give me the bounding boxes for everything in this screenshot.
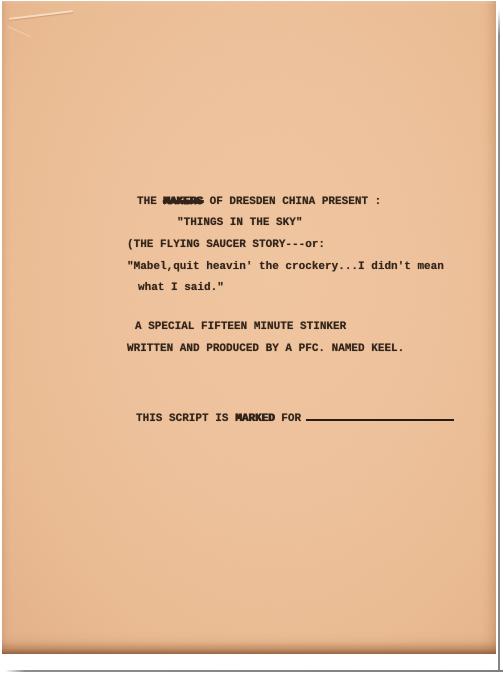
paper-crease [9, 10, 73, 20]
presenter-line-prefix: THE [137, 196, 163, 208]
recipient-blank-line [306, 407, 454, 421]
marked-for-prefix: THIS SCRIPT IS [136, 413, 235, 425]
joke-line-2: what I said." [138, 282, 224, 294]
presenter-line-suffix: OF DRESDEN CHINA PRESENT : [203, 196, 381, 208]
paper-crease-small [7, 26, 31, 37]
scanned-page-frame: THE MAKERS OF DRESDEN CHINA PRESENT : "T… [0, 0, 504, 674]
overstruck-word: MAKERS [163, 196, 203, 208]
photo-shadow-bottom [5, 670, 503, 672]
overtyped-word: MARKED [235, 413, 275, 425]
presenter-line: THE MAKERS OF DRESDEN CHINA PRESENT : [137, 196, 381, 208]
credit-line: WRITTEN AND PRODUCED BY A PFC. NAMED KEE… [127, 343, 404, 355]
title-line: "THINGS IN THE SKY" [177, 217, 302, 229]
paper-bottom-edge-shading [2, 642, 496, 654]
subtitle-line: (THE FLYING SAUCER STORY---or: [127, 239, 325, 251]
marked-for-suffix: FOR [275, 413, 301, 425]
description-line: A SPECIAL FIFTEEN MINUTE STINKER [135, 321, 346, 333]
marked-for-line: THIS SCRIPT IS MARKED FOR [136, 407, 454, 425]
paper-sheet: THE MAKERS OF DRESDEN CHINA PRESENT : "T… [2, 1, 496, 654]
joke-line-1: "Mabel,quit heavin' the crockery...I did… [127, 261, 444, 273]
photo-shadow-right [498, 9, 500, 672]
